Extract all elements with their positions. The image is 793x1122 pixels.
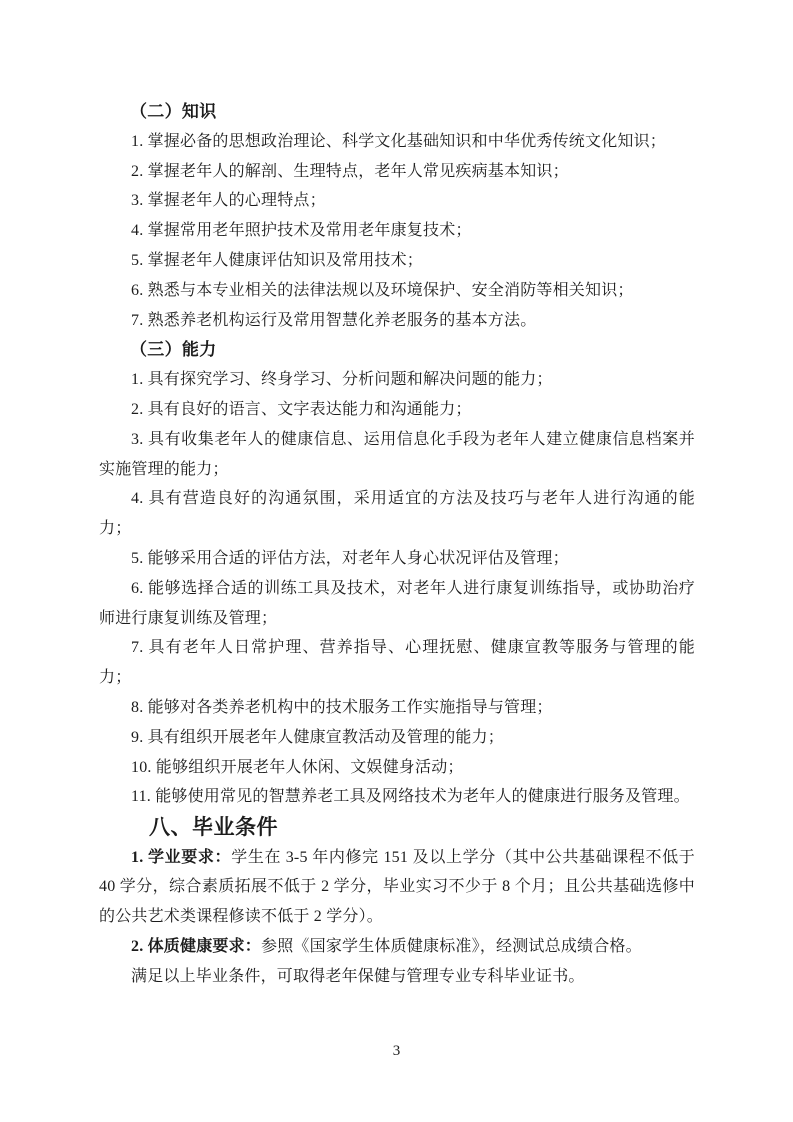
document-body: （二）知识 1. 掌握必备的思想政治理论、科学文化基础知识和中华优秀传统文化知识…	[99, 97, 695, 992]
fitness-requirement-label: 2. 体质健康要求：	[131, 938, 261, 955]
ability-item-8: 8. 能够对各类养老机构中的技术服务工作实施指导与管理；	[99, 693, 695, 723]
knowledge-item-6: 6. 熟悉与本专业相关的法律法规以及环境保护、安全消防等相关知识；	[99, 276, 695, 306]
ability-item-4: 4. 具有营造良好的沟通氛围，采用适宜的方法及技巧与老年人进行沟通的能力；	[99, 484, 695, 544]
ability-item-10: 10. 能够组织开展老年人休闲、文娱健身活动；	[99, 753, 695, 783]
ability-item-1: 1. 具有探究学习、终身学习、分析问题和解决问题的能力；	[99, 365, 695, 395]
document-page: （二）知识 1. 掌握必备的思想政治理论、科学文化基础知识和中华优秀传统文化知识…	[0, 0, 793, 1122]
knowledge-item-7: 7. 熟悉养老机构运行及常用智慧化养老服务的基本方法。	[99, 306, 695, 336]
ability-item-3: 3. 具有收集老年人的健康信息、运用信息化手段为老年人建立健康信息档案并实施管理…	[99, 425, 695, 485]
ability-item-2: 2. 具有良好的语言、文字表达能力和沟通能力；	[99, 395, 695, 425]
knowledge-item-3: 3. 掌握老年人的心理特点；	[99, 186, 695, 216]
knowledge-item-2: 2. 掌握老年人的解剖、生理特点，老年人常见疾病基本知识；	[99, 157, 695, 187]
paragraph-academic-requirement: 1. 学业要求：学生在 3-5 年内修完 151 及以上学分（其中公共基础课程不…	[99, 843, 695, 932]
paragraph-fitness-requirement: 2. 体质健康要求：参照《国家学生体质健康标准》，经测试总成绩合格。	[99, 932, 695, 962]
ability-item-9: 9. 具有组织开展老年人健康宣教活动及管理的能力；	[99, 723, 695, 753]
academic-requirement-label: 1. 学业要求：	[131, 849, 231, 866]
knowledge-item-5: 5. 掌握老年人健康评估知识及常用技术；	[99, 246, 695, 276]
knowledge-item-1: 1. 掌握必备的思想政治理论、科学文化基础知识和中华优秀传统文化知识；	[99, 127, 695, 157]
heading-graduation-requirements: 八、毕业条件	[99, 812, 695, 843]
ability-item-5: 5. 能够采用合适的评估方法，对老年人身心状况评估及管理；	[99, 544, 695, 574]
heading-knowledge: （二）知识	[99, 97, 695, 127]
ability-item-7: 7. 具有老年人日常护理、营养指导、心理抚慰、健康宣教等服务与管理的能力；	[99, 633, 695, 693]
knowledge-item-4: 4. 掌握常用老年照护技术及常用老年康复技术；	[99, 216, 695, 246]
ability-item-11: 11. 能够使用常见的智慧养老工具及网络技术为老年人的健康进行服务及管理。	[99, 782, 695, 812]
heading-ability: （三）能力	[99, 335, 695, 365]
ability-item-6: 6. 能够选择合适的训练工具及技术，对老年人进行康复训练指导，或协助治疗师进行康…	[99, 574, 695, 634]
paragraph-closing-statement: 满足以上毕业条件，可取得老年保健与管理专业专科毕业证书。	[99, 962, 695, 992]
page-number: 3	[0, 1040, 793, 1062]
fitness-requirement-text: 参照《国家学生体质健康标准》，经测试总成绩合格。	[261, 938, 642, 955]
